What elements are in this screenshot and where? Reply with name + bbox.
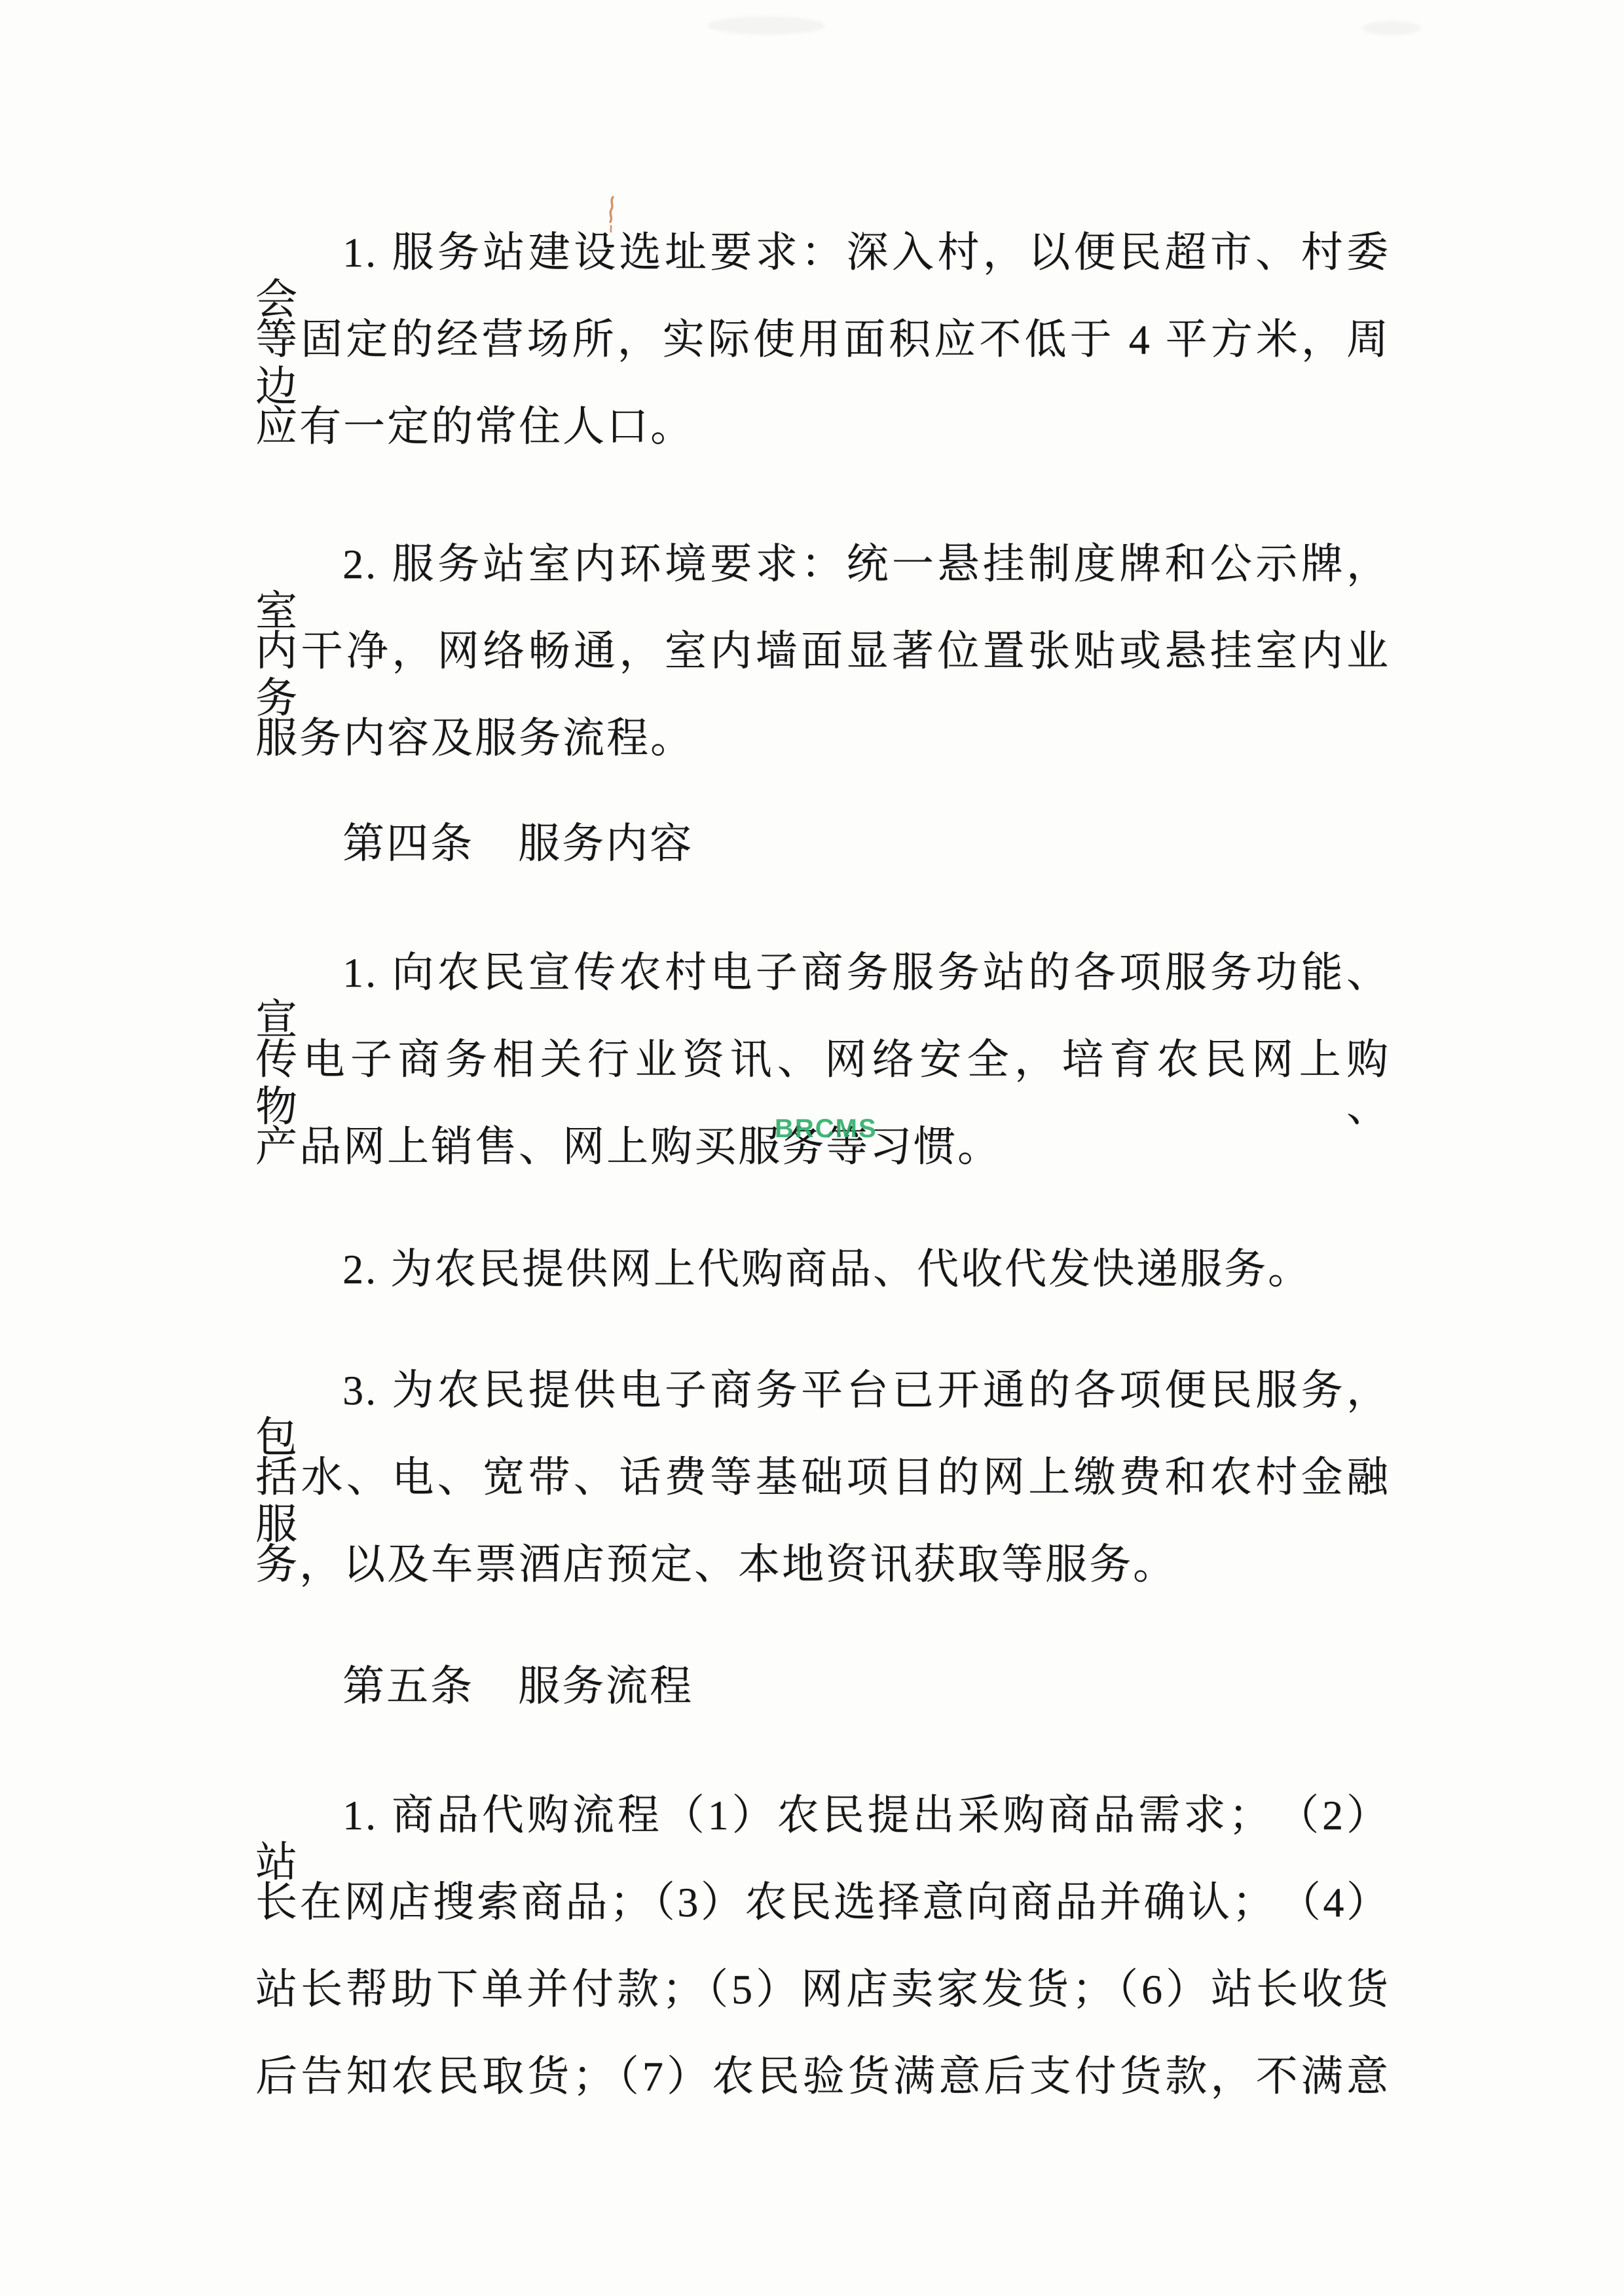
text-line: 2. 服务站室内环境要求：统一悬挂制度牌和公示牌，室: [255, 541, 1390, 635]
scan-smudge: [707, 16, 825, 35]
text-line: 2. 为农民提供网上代购商品、代收代发快递服务。: [255, 1246, 1390, 1293]
document-page: 1. 服务站建设选址要求：深入村，以便民超市、村委会等固定的经营场所，实际使用面…: [0, 0, 1624, 2296]
text-line: 1. 商品代购流程（1）农民提出采购商品需求； （2）站: [255, 1792, 1390, 1886]
text-line: 1. 服务站建设选址要求：深入村，以便民超市、村委会: [255, 229, 1390, 323]
text-line: 后告知农民取货；（7）农民验货满意后支付货款，不满意: [255, 2053, 1390, 2100]
heading-line: 第四条 服务内容: [255, 820, 1390, 867]
text-line: 务，以及车票酒店预定、本地资讯获取等服务。: [255, 1541, 1390, 1588]
text-line: 长在网店搜索商品；（3）农民选择意向商品并确认； （4）: [255, 1879, 1390, 1926]
text-line: 3. 为农民提供电子商务平台已开通的各项便民服务，包: [255, 1367, 1390, 1461]
pen-mark-icon: [604, 195, 621, 233]
text-line: 应有一定的常住人口。: [255, 403, 1390, 450]
text-line: 等固定的经营场所，实际使用面积应不低于 4 平方米，周边: [255, 316, 1390, 410]
document-body: 1. 服务站建设选址要求：深入村，以便民超市、村委会等固定的经营场所，实际使用面…: [0, 0, 1624, 2296]
text-line: 服务内容及服务流程。: [255, 715, 1390, 762]
text-line: 内干净，网络畅通，室内墙面显著位置张贴或悬挂室内业务: [255, 628, 1390, 722]
scan-smudge: [1362, 21, 1421, 35]
watermark-brcms: BRCMS: [775, 1114, 877, 1144]
text-line: 站长帮助下单并付款；（5）网店卖家发货；（6）站长收货: [255, 1966, 1390, 2013]
text-line: 括水、电、宽带、话费等基础项目的网上缴费和农村金融服: [255, 1454, 1390, 1548]
heading-line: 第五条 服务流程: [255, 1663, 1390, 1710]
text-line: 1. 向农民宣传农村电子商务服务站的各项服务功能、宣: [255, 949, 1390, 1044]
